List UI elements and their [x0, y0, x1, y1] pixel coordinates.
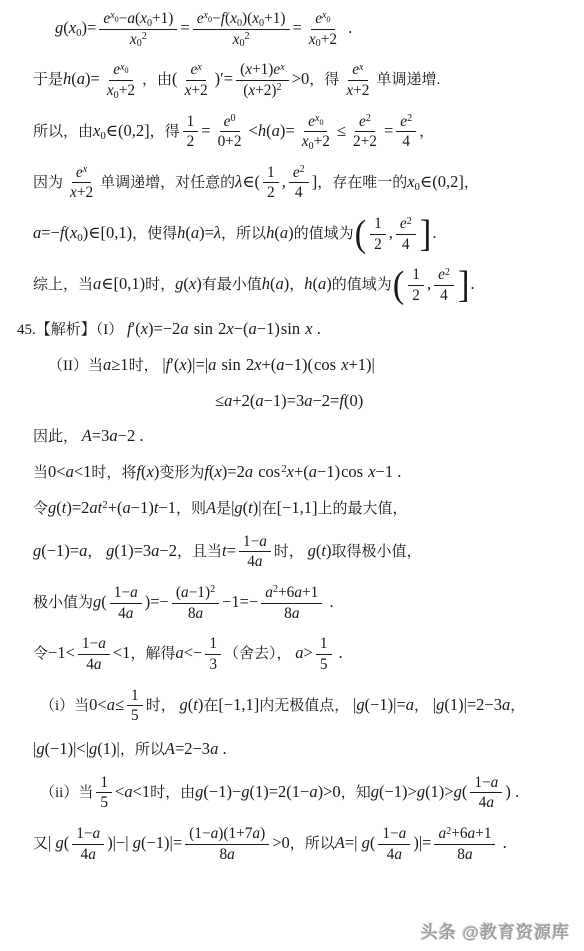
math-line-7: 45.【解析】（I） f′(x)=−2a sin 2x−(a−1)sin x .	[0, 317, 584, 342]
math-run: )|−| g(−1)|=	[107, 833, 182, 852]
math-run: 4a	[247, 553, 262, 570]
text-run: ，	[510, 697, 525, 713]
document-page: g(x0)=ex0−a(x0+1)x02=ex0−f(x0)(x0+1)x02=…	[0, 0, 584, 951]
math-run: 1	[100, 774, 108, 791]
math-run: A	[206, 498, 216, 517]
math-run: x	[302, 133, 309, 150]
math-run: 2	[187, 133, 195, 150]
math-run: 4a	[86, 656, 101, 673]
fraction: a2+6a+18a	[261, 584, 322, 622]
text-run: ，所以	[290, 836, 335, 852]
math-run: 5	[131, 707, 139, 724]
text-run: 时，	[129, 358, 163, 374]
fraction: e24	[434, 266, 454, 304]
math-run: g(t)=2at	[48, 498, 102, 517]
math-run: +1)	[264, 10, 285, 27]
math-run: >0	[292, 69, 310, 88]
math-run: e	[438, 266, 445, 283]
math-run: )=	[82, 18, 97, 37]
math-run: g(t)	[308, 541, 332, 560]
math-line-16: （i）当0<a≤15时， g(t)在[−1,1]内无极值点， |g(−1)|=a…	[0, 686, 584, 726]
math-run: 1−a	[382, 825, 406, 842]
fraction: 1−a4a	[470, 774, 502, 812]
fraction: (x+1)ex(x+2)2	[236, 61, 289, 99]
math-run: ∈(0,2]	[106, 120, 150, 139]
math-run: x	[309, 31, 316, 48]
math-run: 1−a	[474, 774, 498, 791]
math-run: ) .	[505, 782, 519, 801]
math-run: .	[325, 592, 333, 611]
text-run: 于是	[33, 72, 63, 88]
math-line-2: 于是h(a)=ex0x0+2，由(exx+2)′=(x+1)ex(x+2)2>0…	[0, 60, 584, 100]
text-run: 时，	[145, 277, 175, 293]
math-run: a=−f(x	[33, 223, 77, 242]
subscript: 0	[316, 38, 321, 49]
text-run: （ii）当	[40, 785, 93, 801]
text-run: ，使得	[132, 226, 177, 242]
math-run: h(a)=λ	[177, 223, 221, 242]
math-run: | g(	[48, 833, 69, 852]
math-run: |g(−1)|=a	[353, 694, 414, 713]
math-run: )∈[0,1)	[83, 223, 132, 242]
math-run: 1	[267, 164, 275, 181]
fraction: ex0−f(x0)(x0+1)x02	[193, 10, 290, 48]
math-run: h(a)	[266, 223, 294, 242]
math-run: .	[432, 223, 436, 242]
text-run: 综上，当	[33, 277, 93, 293]
fraction: ex0x0+2	[103, 61, 139, 99]
superscript: x0	[120, 62, 129, 73]
superscript: 2	[142, 31, 147, 42]
math-run: f′(x)=−2a sin 2x−(a−1)sin x .	[127, 319, 321, 338]
math-run: a>	[295, 643, 313, 662]
fraction: e22+2	[349, 113, 381, 151]
fraction: ex0−a(x0+1)x02	[99, 10, 177, 48]
superscript: x0	[110, 10, 119, 21]
subscript: 0	[100, 130, 105, 142]
math-run: g(x)	[175, 274, 202, 293]
text-run: 令	[33, 646, 48, 662]
text-run: 内无极值点，	[259, 697, 353, 713]
superscript: 2	[446, 826, 451, 837]
superscript: 2	[300, 164, 305, 175]
math-run: λ∈(	[235, 172, 260, 191]
subscript: 0	[327, 15, 331, 24]
text-run: 又	[33, 836, 48, 852]
math-run: 5	[320, 656, 328, 673]
math-run: =	[384, 120, 393, 139]
watermark: 头条 @教育资源库	[421, 918, 570, 943]
text-run: 变形为	[159, 465, 204, 481]
text-run: 时，由	[150, 785, 195, 801]
math-run: 3	[209, 656, 217, 673]
text-run: ，得	[150, 123, 180, 139]
math-run: [−1,1]	[218, 694, 259, 713]
math-run: a	[265, 584, 273, 601]
math-line-14: 极小值为g(1−a4a)=−(a−1)28a−1=−a2+6a+18a .	[0, 583, 584, 623]
math-run: 8a	[188, 605, 203, 622]
subscript: 0	[415, 181, 420, 193]
math-run: ∈(0,2]	[420, 172, 464, 191]
text-run: 令	[33, 501, 48, 517]
math-line-13: g(−1)=a， g(1)=3a−2，且当t=1−a4a时， g(t)取得极小值…	[0, 532, 584, 572]
math-run: (a−1)	[176, 584, 210, 601]
fraction: ex0x0+2	[298, 113, 334, 151]
superscript: 2	[245, 31, 250, 42]
math-run: 2+2	[353, 133, 377, 150]
text-run: 单调递增.	[376, 72, 440, 88]
superscript: 0	[230, 113, 235, 124]
math-run: |f′(x)|=|a sin 2x+(a−1)(cos x+1)|	[162, 355, 375, 374]
math-run: <a<1	[115, 782, 150, 801]
fraction: 15	[127, 687, 143, 725]
text-run: 极小值为	[33, 595, 93, 611]
superscript: x0	[315, 113, 324, 124]
math-run: 4	[402, 133, 410, 150]
math-run: =	[293, 18, 302, 37]
math-run: 1−a	[82, 635, 106, 652]
superscript: 2	[277, 82, 282, 93]
math-run: .	[498, 833, 506, 852]
fraction: a2+6a+18a	[434, 825, 495, 863]
subscript: 0	[77, 232, 82, 244]
math-run: |g(t)|	[231, 498, 261, 517]
math-run: e	[308, 113, 315, 130]
fraction: 12	[183, 113, 199, 151]
watermark-text: 头条 @教育资源库	[421, 923, 570, 942]
math-run: g(	[93, 592, 107, 611]
math-run: 2	[267, 184, 275, 201]
math-run: −a(x	[119, 10, 147, 27]
text-run: ，得	[309, 72, 339, 88]
math-run: 8a	[284, 605, 299, 622]
math-run: g(x	[55, 18, 76, 37]
superscript: 2	[210, 584, 215, 595]
superscript: 2	[366, 113, 371, 124]
superscript: 2	[102, 499, 107, 511]
text-run: （i）当	[40, 697, 89, 713]
text-run: ，所以	[120, 742, 165, 758]
math-run: .	[344, 18, 352, 37]
math-run: 0+2	[218, 133, 242, 150]
math-run: .	[471, 274, 475, 293]
superscript: 2	[281, 463, 286, 475]
math-run: 0<a≤	[89, 694, 124, 713]
fraction: 1−a4a	[378, 825, 410, 863]
math-run: 2	[412, 287, 420, 304]
math-run: t=	[222, 541, 236, 560]
text-run: ，	[414, 697, 433, 713]
fraction: exx+2	[181, 61, 212, 99]
math-run: |g(−1)|<|g(1)|	[33, 739, 120, 758]
text-run: ，由	[142, 72, 172, 88]
fraction: 12	[408, 266, 424, 304]
math-run: e	[76, 164, 83, 181]
subscript: 0	[309, 141, 314, 152]
superscript: x	[280, 62, 285, 73]
text-run: 当	[33, 465, 48, 481]
math-run: 1	[131, 687, 139, 704]
math-run: e	[197, 10, 204, 27]
math-run: e	[359, 113, 366, 130]
math-run: a	[438, 825, 446, 842]
math-run: +2	[314, 133, 330, 150]
math-run: A=3a−2 .	[82, 426, 144, 445]
math-run: ,	[389, 223, 393, 242]
fraction: 12	[263, 164, 279, 202]
text-run: 上的最大值，	[318, 501, 408, 517]
text-run: ，	[419, 123, 434, 139]
math-run: 8a	[220, 846, 235, 863]
math-line-18: （ii）当15<a<1时，由g(−1)−g(1)=2(1−a)>0，知g(−1)…	[0, 773, 584, 813]
math-run: +6a+1	[278, 584, 318, 601]
text-run: ，所以	[221, 226, 266, 242]
math-run: a∈[0,1)	[93, 274, 145, 293]
superscript: 2	[407, 113, 412, 124]
math-run: 1	[187, 113, 195, 130]
math-line-19: 又| g(1−a4a)|−| g(−1)|=(1−a)(1+7a)8a>0，所以…	[0, 824, 584, 864]
math-run: .	[335, 643, 343, 662]
fraction: e24	[289, 164, 309, 202]
superscript: x0	[322, 10, 331, 21]
math-run: −f(x	[212, 10, 237, 27]
fraction: 1−a4a	[78, 635, 110, 673]
math-line-8: （II）当a≥1时， |f′(x)|=|a sin 2x+(a−1)(cos x…	[0, 353, 584, 378]
text-run: （舍去），	[224, 646, 295, 662]
math-run: <h(a)=	[249, 120, 295, 139]
text-run: ，知	[341, 785, 371, 801]
math-run: 1−a	[114, 584, 138, 601]
subscript: 0	[319, 118, 323, 127]
math-run: 1	[374, 215, 382, 232]
math-run: +2	[119, 82, 135, 99]
superscript: 2	[273, 584, 278, 595]
fraction: e24	[396, 113, 416, 151]
math-run: (	[172, 69, 178, 88]
subscript: 0	[208, 15, 212, 24]
math-run: +(a−1)t−1	[108, 498, 176, 517]
subscript: 0	[76, 27, 81, 39]
math-run: 4	[402, 236, 410, 253]
math-run: g(1)=3a−2	[106, 541, 177, 560]
subscript: 0	[115, 15, 119, 24]
fraction: (a−1)28a	[172, 584, 219, 622]
text-run: ，	[87, 544, 106, 560]
math-run: <1	[113, 643, 131, 662]
math-run: |g(1)|=2−3a	[433, 694, 510, 713]
math-run: e	[352, 61, 359, 78]
fraction: 13	[205, 635, 221, 673]
math-run: g(−1)>g(1)>g(	[371, 782, 468, 801]
superscript: x	[359, 62, 364, 73]
text-run: ，	[289, 277, 304, 293]
math-line-4: 因为exx+2单调递增，对任意的λ∈(12,e24]，存在唯一的x0∈(0,2]…	[0, 163, 584, 203]
math-run: =	[201, 120, 210, 139]
math-run: 1−a	[76, 825, 100, 842]
text-run: ，则	[176, 501, 206, 517]
text-run: 时，	[146, 697, 180, 713]
document-content: g(x0)=ex0−a(x0+1)x02=ex0−f(x0)(x0+1)x02=…	[0, 0, 584, 864]
math-run: A=2−3a .	[165, 739, 227, 758]
math-run: g(−1)−g(1)=2(1−a)>0	[195, 782, 341, 801]
math-run: +6a+1	[451, 825, 491, 842]
text-run: 取得极小值，	[332, 544, 422, 560]
math-run: a<−	[175, 643, 202, 662]
text-run: 是	[216, 501, 231, 517]
math-run: )(x	[242, 10, 259, 27]
subscript: 0	[147, 18, 152, 29]
big-delimiter: (	[393, 268, 405, 302]
superscript: 2	[407, 216, 412, 227]
fraction: 12	[370, 215, 386, 253]
fraction: (1−a)(1+7a)8a	[185, 825, 269, 863]
math-run: e	[400, 215, 407, 232]
math-run: 4	[295, 184, 303, 201]
math-run: x	[107, 82, 114, 99]
math-run: )=−	[145, 592, 169, 611]
math-run: 2	[374, 236, 382, 253]
subscript: 0	[259, 18, 264, 29]
math-run: x+(a−1)cos x−1 .	[287, 462, 402, 481]
fraction: e00+2	[214, 113, 246, 151]
math-run: x+2	[185, 82, 208, 99]
math-run: )|=	[413, 833, 431, 852]
text-run: 所以，由	[33, 123, 93, 139]
math-run: 4a	[118, 605, 133, 622]
math-run: g(−1)=a	[33, 541, 87, 560]
subscript: 0	[237, 18, 242, 29]
math-run: 4a	[81, 846, 96, 863]
text-run: 时，将	[91, 465, 136, 481]
math-line-9: ≤a+2(a−1)=3a−2=f(0)	[0, 389, 584, 413]
text-run: 的值域为	[294, 226, 354, 242]
math-run: ≤	[337, 120, 346, 139]
math-run: (x+1)e	[240, 61, 280, 78]
text-run: 单调递增，对任意的	[100, 175, 235, 191]
subscript: 0	[125, 66, 129, 75]
math-run: a≥1	[103, 355, 129, 374]
fraction: 1−a4a	[110, 584, 142, 622]
math-run: 4	[440, 287, 448, 304]
text-run: 因此，	[33, 429, 82, 445]
math-run: x	[407, 172, 414, 191]
math-run: >0	[272, 833, 290, 852]
math-run: f(x)	[136, 462, 159, 481]
subscript: 0	[114, 90, 119, 101]
math-run: ,	[427, 274, 431, 293]
math-run: −1=−	[222, 592, 258, 611]
text-run: ，存在唯一的	[317, 175, 407, 191]
text-run: 时，	[274, 544, 308, 560]
text-run: （II）当	[48, 358, 103, 374]
superscript: x	[83, 164, 88, 175]
math-run: 4a	[479, 794, 494, 811]
math-run: 1	[320, 635, 328, 652]
fraction: exx+2	[66, 164, 97, 202]
big-delimiter: (	[355, 217, 367, 251]
math-run: +1)	[152, 10, 173, 27]
superscript: 2	[445, 267, 450, 278]
fraction: exx+2	[342, 61, 373, 99]
math-run: g(t)	[179, 694, 203, 713]
fraction: 15	[96, 774, 112, 812]
text-run: ，解得	[130, 646, 175, 662]
math-run: (x+2)	[243, 82, 276, 99]
math-line-11: 当0<a<1时，将f(x)变形为f(x)=2a cos2x+(a−1)cos x…	[0, 460, 584, 485]
fraction: e24	[396, 215, 416, 253]
math-run: 1	[412, 266, 420, 283]
math-run: )′=	[215, 69, 233, 88]
math-line-12: 令g(t)=2at2+(a−1)t−1，则A是|g(t)|在[−1,1]上的最大…	[0, 496, 584, 521]
math-run: h(a)=	[63, 69, 100, 88]
text-run: 45.【解析】（I）	[17, 322, 127, 338]
math-line-1: g(x0)=ex0−a(x0+1)x02=ex0−f(x0)(x0+1)x02=…	[0, 9, 584, 49]
math-run: 8a	[457, 846, 472, 863]
math-run: −1<	[48, 643, 75, 662]
math-run: x	[130, 31, 137, 48]
math-line-3: 所以，由x0∈(0,2]，得12=e00+2<h(a)=ex0x0+2≤e22+…	[0, 112, 584, 152]
text-run: 在	[262, 501, 277, 517]
text-run: 因为	[33, 175, 63, 191]
math-run: ,	[282, 172, 286, 191]
fraction: 1−a4a	[72, 825, 104, 863]
math-run: 5	[100, 794, 108, 811]
math-run: e	[293, 164, 300, 181]
superscript: x	[197, 62, 202, 73]
math-run: 1	[209, 635, 217, 652]
math-run: 0<a<1	[48, 462, 91, 481]
math-run: 4a	[387, 846, 402, 863]
text-run: 在	[203, 697, 218, 713]
math-run: +2	[321, 31, 337, 48]
big-delimiter: ]	[420, 217, 432, 251]
math-line-10: 因此， A=3a−2 .	[0, 424, 584, 449]
text-run: ，	[464, 175, 479, 191]
math-run: [−1,1]	[277, 498, 318, 517]
math-line-5: a=−f(x0)∈[0,1)，使得h(a)=λ，所以h(a)的值域为(12,e2…	[0, 214, 584, 254]
fraction: 15	[316, 635, 332, 673]
math-run: h(a)	[304, 274, 332, 293]
superscript: x0	[204, 10, 213, 21]
fraction: ex0x0+2	[305, 10, 341, 48]
math-run: =	[180, 18, 189, 37]
math-run: x+2	[70, 184, 93, 201]
text-run: ，且当	[177, 544, 222, 560]
fraction: 1−a4a	[239, 533, 271, 571]
math-run: (1−a)(1+7a)	[189, 825, 265, 842]
math-line-17: |g(−1)|<|g(1)|，所以A=2−3a .	[0, 737, 584, 762]
text-run: 有最小值	[202, 277, 262, 293]
math-run: ≤a+2(a−1)=3a−2=f(0)	[215, 391, 363, 410]
big-delimiter: ]	[458, 268, 470, 302]
math-run: 1−a	[243, 533, 267, 550]
math-run: f(x)=2a cos	[204, 462, 281, 481]
math-run: h(a)	[262, 274, 290, 293]
math-run: A=| g(	[335, 833, 376, 852]
math-line-15: 令−1<1−a4a<1，解得a<−13（舍去）， a>15 .	[0, 634, 584, 674]
math-run: x+2	[346, 82, 369, 99]
math-line-6: 综上，当a∈[0,1)时，g(x)有最小值h(a)，h(a)的值域为(12,e2…	[0, 265, 584, 305]
text-run: 的值域为	[332, 277, 392, 293]
